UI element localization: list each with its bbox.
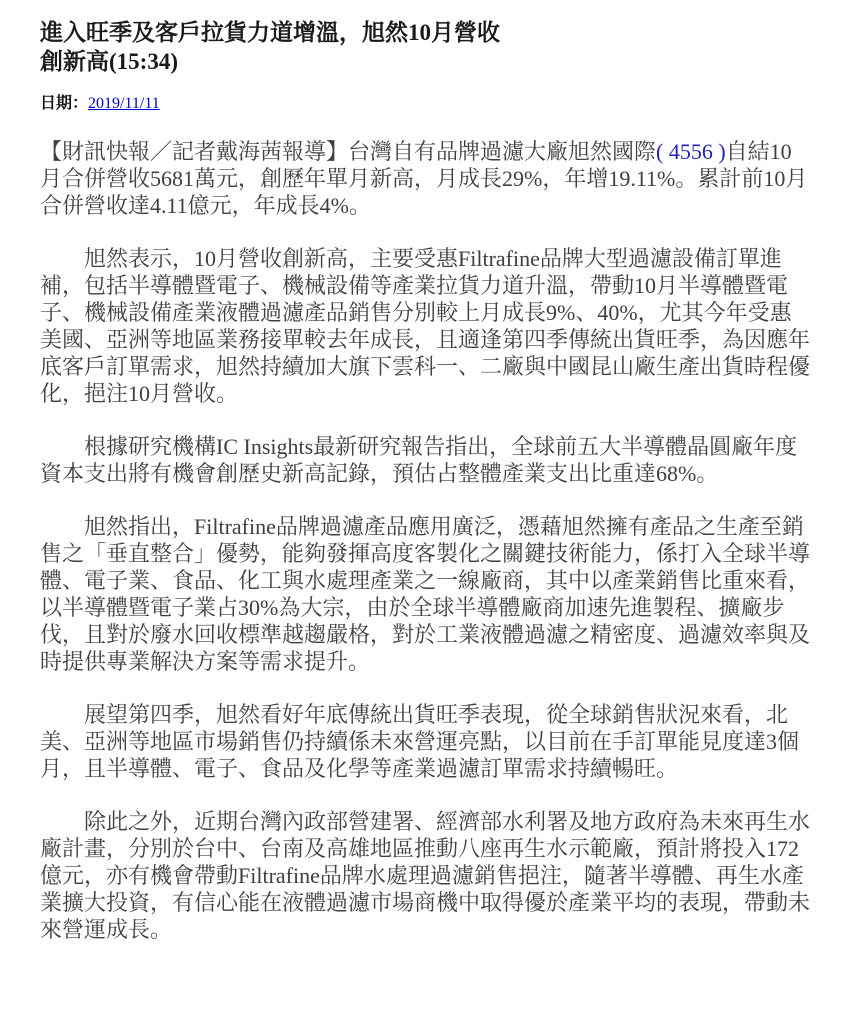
article-body: 【財訊快報／記者戴海茜報導】台灣自有品牌過濾大廠旭然國際( 4556 )自結10…: [40, 138, 810, 943]
ticker-link[interactable]: ( 4556 ): [656, 139, 726, 164]
article-paragraph: 除此之外，近期台灣內政部營建署、經濟部水利署及地方政府為未來再生水廠計畫，分別於…: [40, 808, 810, 943]
date-row: 日期：2019/11/11: [40, 94, 810, 113]
article-paragraph: 展望第四季，旭然看好年底傳統出貨旺季表現，從全球銷售狀況來看，北美、亞洲等地區市…: [40, 701, 810, 782]
date-link[interactable]: 2019/11/11: [88, 95, 160, 112]
article-page: 進入旺季及客戶拉貨力道增溫，旭然10月營收創新高(15:34) 日期：2019/…: [0, 0, 844, 1009]
lead-text-before-ticker: 【財訊快報／記者戴海茜報導】台灣自有品牌過濾大廠旭然國際: [40, 139, 656, 164]
date-label: 日期：: [40, 95, 88, 112]
article-paragraph-lead: 【財訊快報／記者戴海茜報導】台灣自有品牌過濾大廠旭然國際( 4556 )自結10…: [40, 138, 810, 219]
article-paragraph: 旭然表示，10月營收創新高，主要受惠Filtrafine品牌大型過濾設備訂單進補…: [40, 245, 810, 407]
article-paragraph: 旭然指出，Filtrafine品牌過濾產品應用廣泛，憑藉旭然擁有產品之生產至銷售…: [40, 513, 810, 675]
article-paragraph: 根據研究機構IC Insights最新研究報告指出，全球前五大半導體晶圓廠年度資…: [40, 433, 810, 487]
article-title: 進入旺季及客戶拉貨力道增溫，旭然10月營收創新高(15:34): [40, 18, 520, 76]
